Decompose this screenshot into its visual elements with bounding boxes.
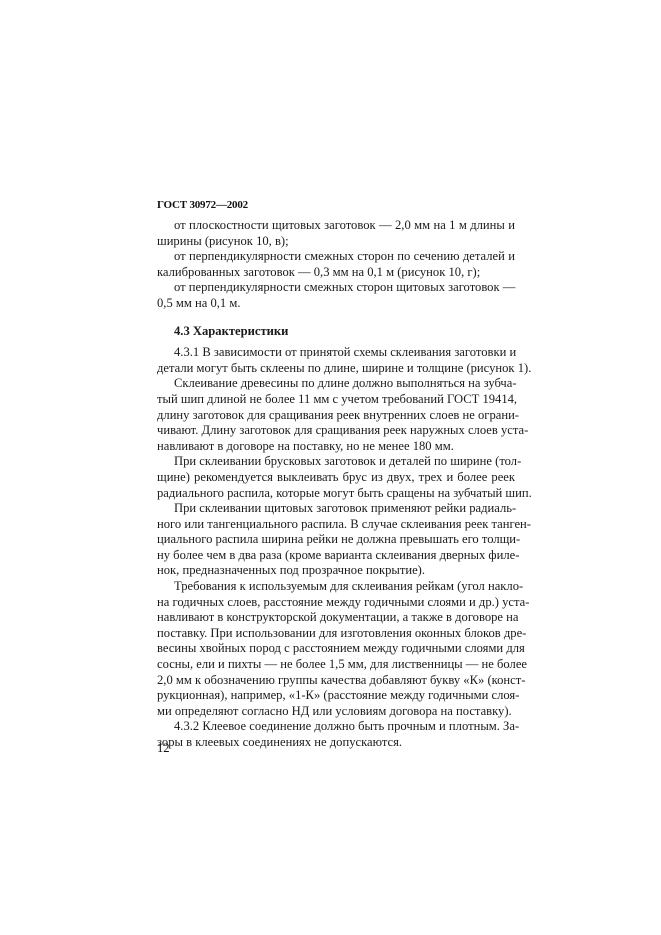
document-page: ГОСТ 30972—2002 от плоскостности щитовых… [0,0,661,935]
text-line: рукционная), например, «1-К» (расстояние… [157,688,515,704]
text-line: зоры в клеевых соединениях не допускаютс… [157,735,515,751]
paragraph: от плоскостности щитовых заготовок — 2,0… [157,218,515,249]
paragraph: от перпендикулярности смежных сторон щит… [157,280,515,311]
text-line: длину заготовок для сращивания реек внут… [157,408,515,424]
text-line: ну более чем в два раза (кроме варианта … [157,548,515,564]
text-line: тый шип длиной не более 11 мм с учетом т… [157,392,515,408]
text-line: калиброванных заготовок — 0,3 мм на 0,1 … [157,265,515,281]
text-line: 2,0 мм к обозначению группы качества доб… [157,673,515,689]
text-line: навливают в конструкторской документации… [157,610,515,626]
text-line: от плоскостности щитовых заготовок — 2,0… [157,218,515,234]
section-paragraphs: 4.3.1 В зависимости от принятой схемы ск… [157,345,515,750]
page-number: 12 [157,741,170,756]
paragraph: Требования к используемым для склеивания… [157,579,515,719]
text-line: весины хвойных пород с расстоянием между… [157,641,515,657]
paragraph: Склеивание древесины по длине должно вып… [157,376,515,454]
paragraph: 4.3.1 В зависимости от принятой схемы ск… [157,345,515,376]
text-line: чивают. Длину заготовок для сращивания р… [157,423,515,439]
text-line: детали могут быть склеены по длине, шири… [157,361,515,377]
text-line: от перпендикулярности смежных сторон по … [157,249,515,265]
paragraph: При склеивании щитовых заготовок применя… [157,501,515,579]
section-title: 4.3 Характеристики [157,324,515,340]
paragraph: При склеивании брусковых заготовок и дет… [157,454,515,501]
text-line: щине) рекомендуется выклеивать брус из д… [157,470,515,486]
text-line: 0,5 мм на 0,1 м. [157,296,515,312]
text-line: радиального распила, которые могут быть … [157,486,515,502]
text-line: ми определяют согласно НД или условиям д… [157,704,515,720]
text-line: нок, предназначенных под прозрачное покр… [157,563,515,579]
text-line: сосны, ели и пихты — не более 1,5 мм, дл… [157,657,515,673]
text-line: циального распила ширина рейки не должна… [157,532,515,548]
text-line: 4.3.2 Клеевое соединение должно быть про… [157,719,515,735]
text-line: на годичных слоев, расстояние между годи… [157,595,515,611]
text-line: ного или тангенциального распила. В случ… [157,517,515,533]
text-line: от перпендикулярности смежных сторон щит… [157,280,515,296]
text-line: При склеивании щитовых заготовок применя… [157,501,515,517]
text-line: При склеивании брусковых заготовок и дет… [157,454,515,470]
text-line: поставку. При использовании для изготовл… [157,626,515,642]
text-line: 4.3.1 В зависимости от принятой схемы ск… [157,345,515,361]
text-line: Требования к используемым для склеивания… [157,579,515,595]
document-body: от плоскостности щитовых заготовок — 2,0… [157,218,515,751]
text-line: Склеивание древесины по длине должно вып… [157,376,515,392]
text-line: навливают в договоре на поставку, но не … [157,439,515,455]
paragraph: от перпендикулярности смежных сторон по … [157,249,515,280]
document-header-id: ГОСТ 30972—2002 [157,199,248,211]
tolerance-paragraphs: от плоскостности щитовых заготовок — 2,0… [157,218,515,312]
paragraph: 4.3.2 Клеевое соединение должно быть про… [157,719,515,750]
text-line: ширины (рисунок 10, в); [157,234,515,250]
